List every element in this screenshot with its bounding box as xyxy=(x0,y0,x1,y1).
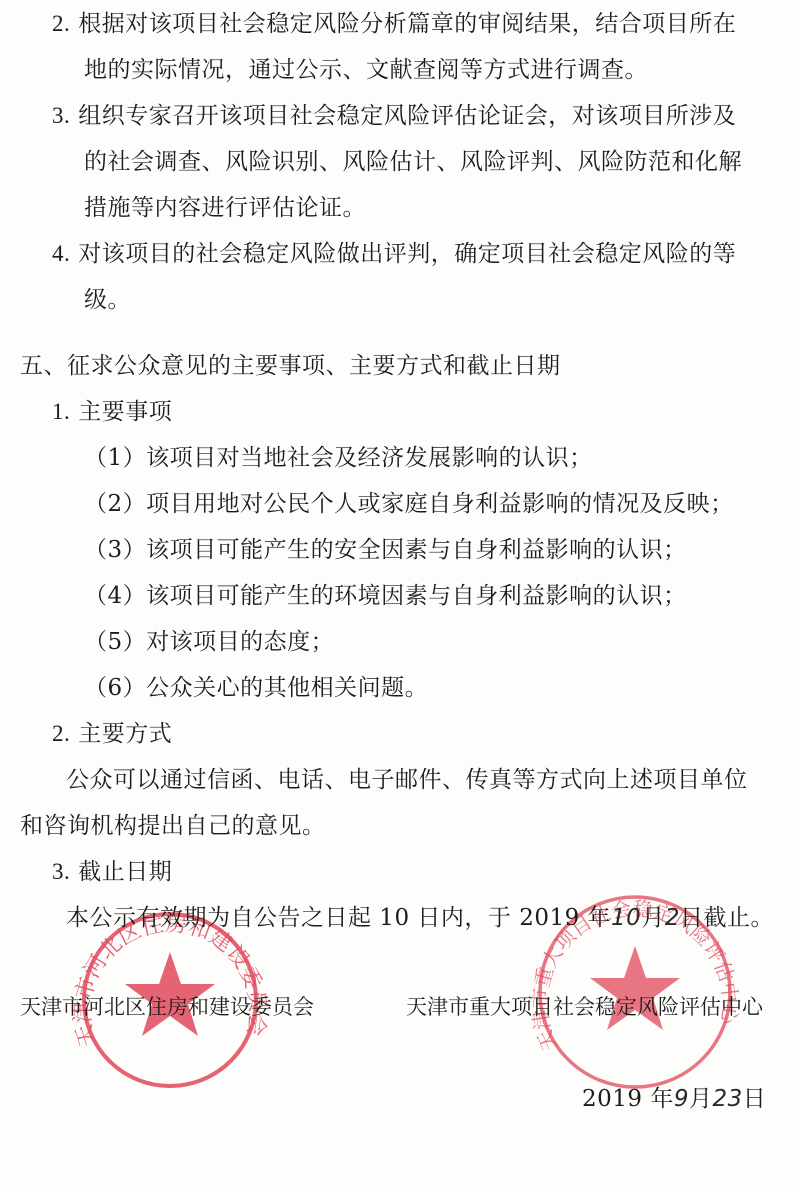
item-3-line-3: 措施等内容进行评估论证。 xyxy=(84,194,366,222)
handwritten-month: 9 xyxy=(674,1086,689,1112)
handwritten-day: 2 xyxy=(665,905,680,931)
right-organization-signature: 天津市重大项目社会稳定风险评估中心 xyxy=(406,994,763,1020)
sub-1-item-4: （4）该项目可能产生的环境因素与自身利益影响的认识； xyxy=(84,582,687,610)
left-organization-signature: 天津市河北区住房和建设委员会 xyxy=(20,994,314,1020)
sub-1-item-1: （1）该项目对当地社会及经济发展影响的认识； xyxy=(84,444,593,472)
sub-1-item-6: （6）公众关心的其他相关问题。 xyxy=(84,674,428,702)
handwritten-month: 10 xyxy=(611,905,641,931)
sub-1-item-2: （2）项目用地对公民个人或家庭自身利益影响的情况及反映； xyxy=(84,490,734,518)
item-3-line-1: 3.组织专家召开该项目社会稳定风险评估论证会，对该项目所涉及 xyxy=(52,102,736,130)
sub-2-title: 2.主要方式 xyxy=(52,720,172,748)
sub-1-title: 1.主要事项 xyxy=(52,398,172,426)
sub-3-title: 3.截止日期 xyxy=(52,858,172,886)
sub-2-line-1: 公众可以通过信函、电话、电子邮件、传真等方式向上述项目单位 xyxy=(66,766,748,794)
section-5-heading: 五、征求公众意见的主要事项、主要方式和截止日期 xyxy=(20,352,561,380)
item-2-line-1: 2.根据对该项目社会稳定风险分析篇章的审阅结果，结合项目所在 xyxy=(52,10,736,38)
deadline-statement: 本公示有效期为自公告之日起 10 日内，于 2019 年10月2日截止。 xyxy=(66,904,774,932)
item-2-line-2: 地的实际情况，通过公示、文献查阅等方式进行调查。 xyxy=(84,56,648,84)
handwritten-day: 23 xyxy=(713,1086,743,1112)
sub-1-item-3: （3）该项目可能产生的安全因素与自身利益影响的认识； xyxy=(84,536,687,564)
sub-2-line-2: 和咨询机构提出自己的意见。 xyxy=(20,812,326,840)
item-4-line-1: 4.对该项目的社会稳定风险做出评判，确定项目社会稳定风险的等 xyxy=(52,240,736,268)
signature-date: 2019 年9月23日 xyxy=(582,1085,766,1113)
item-4-line-2: 级。 xyxy=(84,286,131,314)
sub-1-item-5: （5）对该项目的态度； xyxy=(84,628,334,656)
item-3-line-2: 的社会调查、风险识别、风险估计、风险评判、风险防范和化解 xyxy=(84,148,742,176)
